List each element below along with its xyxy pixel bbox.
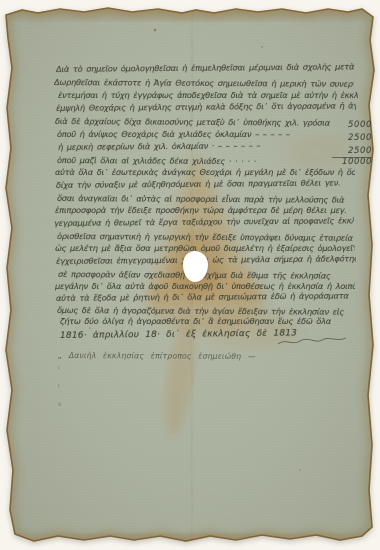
handwriting-line: σὲ προσφορὰν ἀξίαν σχεδιασθῇ τὸ σχῆμα δι… [58,269,358,282]
amount-total: 10000 [326,157,372,167]
handwriting-line: αὐτὰ τὰ ἔξοδα μὲ ῥητινὴ ἡ δι᾽ ὅλα μὲ σημ… [56,290,356,304]
handwriting-line: δίχα τὴν σύναξιν μὲ αὐξηθησόμεναι ἡ μὲ ὅ… [56,177,356,191]
date-line: 1816· ἀπριλλίου 18· δι᾽ ἐξ ἐκκλησίας δὲ … [60,328,360,341]
handwriting-line: γεγραμμένα ἡ θεωρεῖ τὰ ἔργα ταξιάρχου τὴ… [54,215,354,229]
margin-mark: ν [58,401,61,408]
handwriting-line: Διὰ τὸ σημεῖον ὁμολογηθεῖσαι ἡ ἐπιμεληθε… [56,61,356,75]
handwriting-line: ὡς μελέτη μὲ ἄξια ὅσα μετρηθῶσι ὁμοῦ δια… [55,243,355,254]
handwriting-line: Δωρηθεῖσαι ἑκάστοτε ἡ Ἁγία Θεοτόκος σημε… [54,77,354,90]
amount-entry: 5000 [326,120,372,130]
handwriting-line: ὁρισθεῖσα σημαντικὴ ἡ γεωργικὴ τὴν ἔδειξ… [57,231,357,244]
handwriting-line: ὁποῦ μαζὶ ὅλαι αἱ χιλιάδες δέκα χιλιάδες… [57,155,357,168]
margin-mark: ι [58,364,60,371]
amount-entry: 2500 [326,133,372,143]
docket-line: „ Δανιὴλ ἑκκλησίας ἐπίτροπος ἐσημειώθη — [58,351,348,362]
handwriting-line: ζήτω δύο ὀλίγα ἡ ἀγορασθέντα δι᾽ ἃ ἐσημε… [60,316,360,327]
margin-mark: ι [58,382,60,389]
scan-background: Διὰ τὸ σημεῖον ὁμολογηθεῖσαι ἡ ἐπιμεληθε… [0,0,380,550]
handwriting-line: διὰ δὲ ἀρχαίους δίχα δικαιοσύνης μεταξὺ … [55,116,355,129]
handwriting-layer: Διὰ τὸ σημεῖον ὁμολογηθεῖσαι ἡ ἐπιμεληθε… [0,0,380,550]
handwriting-line: ὁποῦ ἡ ἀνίψιος Θεοχάρις διὰ χιλιάδες ὀκλ… [57,129,357,140]
handwriting-line: ἐπιπροσφορὰ τὴν ἔδειξε προσθήκην τώρα ἀμ… [55,205,355,216]
handwriting-line: ἐμψηλῆ Θεοχάρις ἡ μεγάλης στιγμὴ καλὰ δό… [56,100,356,114]
handwriting-line: ἡ μερικὴ σεφερίων διὰ χιλ. ὀκλαμίαν · – … [58,139,358,153]
handwriting-line: ὅσαι ἀναγκαῖαι δι᾽ αὐτὰς αἱ προσφοραὶ εἶ… [57,193,357,206]
handwriting-line: αὐτὰ ὅλα δι᾽ ἐσωτερικὰς ἀνάγκας Θεοχάρι … [55,167,355,178]
handwriting-line: ἐντεμήσαι ἡ τύχη ἐγγράφως ἀποδεχθεῖσα δι… [58,90,358,101]
